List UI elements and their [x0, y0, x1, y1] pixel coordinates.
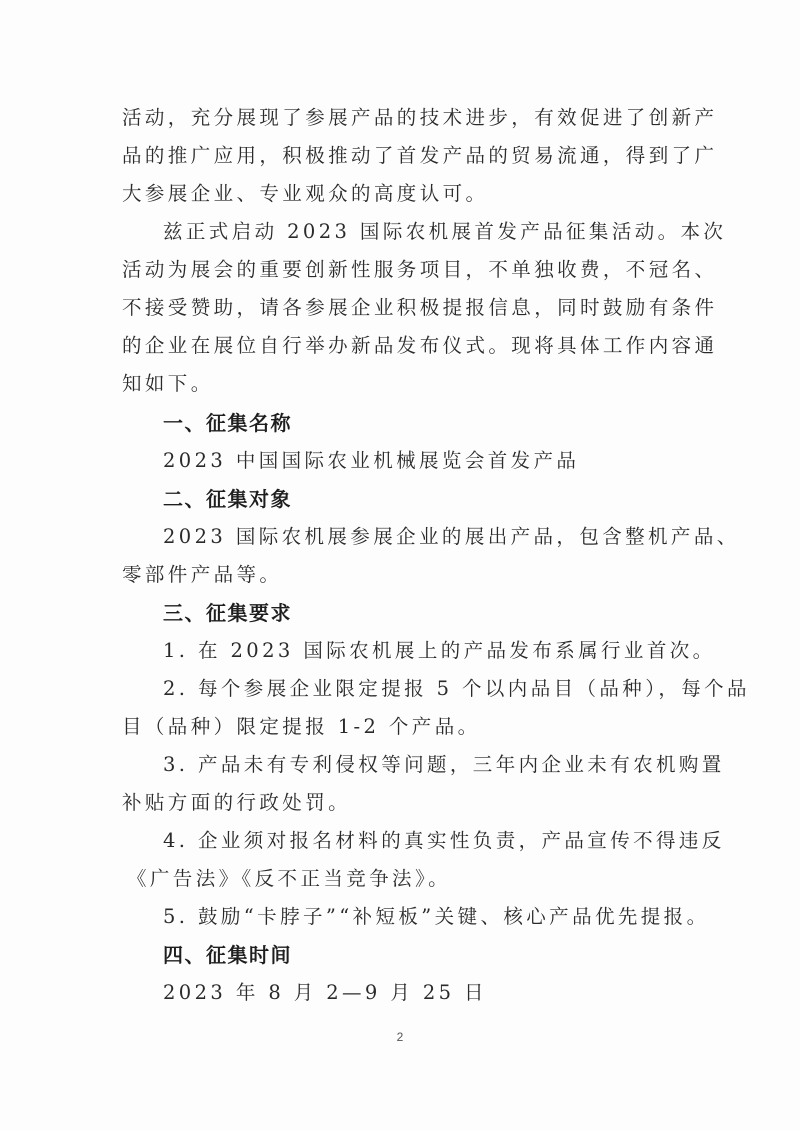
paragraph-line: 活动，充分展现了参展产品的技术进步，有效促进了创新产 [122, 99, 682, 137]
requirement-item: 补贴方面的行政处罚。 [122, 784, 682, 822]
section-text: 2023 国际农机展参展企业的展出产品，包含整机产品、 [163, 518, 683, 556]
requirement-item: 5. 鼓励“卡脖子”“补短板”关键、核心产品优先提报。 [163, 898, 683, 936]
requirement-item: 2. 每个参展企业限定提报 5 个以内品目（品种），每个品 [163, 670, 683, 708]
section-heading-time: 四、征集时间 [163, 936, 683, 974]
section-text: 2023 中国国际农业机械展览会首发产品 [163, 442, 683, 480]
requirement-item: 1. 在 2023 国际农机展上的产品发布系属行业首次。 [163, 632, 683, 670]
section-heading-target: 二、征集对象 [163, 480, 683, 518]
paragraph-line: 知如下。 [122, 365, 682, 403]
paragraph-line: 的企业在展位自行举办新品发布仪式。现将具体工作内容通 [122, 327, 682, 365]
section-heading-name: 一、征集名称 [163, 404, 683, 442]
section-heading-requirements: 三、征集要求 [163, 594, 683, 632]
requirement-item: 《广告法》《反不正当竞争法》。 [127, 860, 687, 898]
paragraph-line: 品的推广应用，积极推动了首发产品的贸易流通，得到了广 [122, 137, 682, 175]
paragraph-line: 不接受赞助，请各参展企业积极提报信息，同时鼓励有条件 [122, 289, 682, 327]
section-text: 零部件产品等。 [122, 556, 682, 594]
requirement-item: 目（品种）限定提报 1-2 个产品。 [122, 708, 682, 746]
paragraph-line: 大参展企业、专业观众的高度认可。 [122, 175, 682, 213]
section-text: 2023 年 8 月 2—9 月 25 日 [163, 974, 683, 1012]
requirement-item: 4. 企业须对报名材料的真实性负责，产品宣传不得违反 [163, 822, 683, 860]
page-number: 2 [0, 1030, 800, 1044]
paragraph-line: 活动为展会的重要创新性服务项目，不单独收费，不冠名、 [122, 251, 682, 289]
paragraph-line: 兹正式启动 2023 国际农机展首发产品征集活动。本次 [163, 213, 683, 251]
requirement-item: 3. 产品未有专利侵权等问题，三年内企业未有农机购置 [163, 746, 683, 784]
document-page: 活动，充分展现了参展产品的技术进步，有效促进了创新产 品的推广应用，积极推动了首… [0, 0, 800, 1131]
